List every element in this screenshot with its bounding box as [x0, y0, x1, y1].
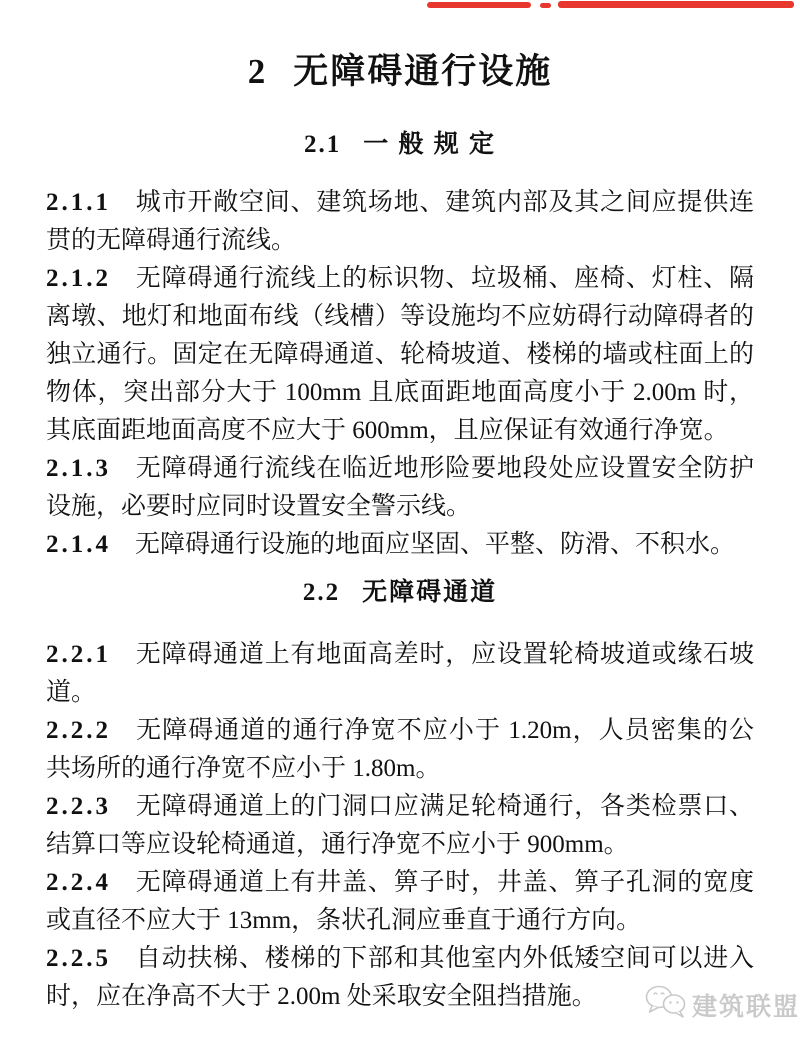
document-sections: 2.1一 般 规 定2.1.1城市开敞空间、建筑场地、建筑内部及其之间应提供连贯… [0, 128, 800, 1016]
clause-text: 无障碍通行设施的地面应坚固、平整、防滑、不积水。 [135, 531, 735, 558]
red-scribble-segment [540, 3, 551, 8]
clause-2.2.1: 2.2.1无障碍通道上有地面高差时，应设置轮椅坡道或缘石坡道。 [46, 636, 754, 712]
section-number: 2.1 [304, 131, 341, 158]
clause-2.1.4: 2.1.4无障碍通行设施的地面应坚固、平整、防滑、不积水。 [46, 526, 754, 564]
clause-2.1.2: 2.1.2无障碍通行流线上的标识物、垃圾桶、座椅、灯柱、隔离墩、地灯和地面布线（… [46, 260, 754, 450]
clause-number: 2.1.4 [46, 531, 111, 558]
clause-2.1.3: 2.1.3无障碍通行流线在临近地形险要地段处应设置安全防护设施，必要时应同时设置… [46, 450, 754, 526]
section-heading: 2.1一 般 规 定 [46, 128, 754, 162]
red-scribble-segment [427, 2, 531, 8]
clause-text: 无障碍通行流线上的标识物、垃圾桶、座椅、灯柱、隔离墩、地灯和地面布线（线槽）等设… [46, 265, 754, 444]
chapter-title-text: 无障碍通行设施 [293, 52, 552, 91]
chapter-number: 2 [248, 52, 266, 91]
section-heading: 2.2无障碍通道 [46, 576, 754, 610]
wechat-bubbles-icon [645, 985, 687, 1024]
clause-2.2.2: 2.2.2无障碍通道的通行净宽不应小于 1.20m，人员密集的公共场所的通行净宽… [46, 712, 754, 788]
clause-text: 无障碍通行流线在临近地形险要地段处应设置安全防护设施，必要时应同时设置安全警示线… [46, 455, 754, 520]
red-scribble-segment [558, 1, 794, 8]
clause-2.2.4: 2.2.4无障碍通道上有井盖、箅子时，井盖、箅子孔洞的宽度或直径不应大于 13m… [46, 864, 754, 940]
clause-number: 2.2.2 [46, 717, 111, 744]
section-2.2: 2.2无障碍通道2.2.1无障碍通道上有地面高差时，应设置轮椅坡道或缘石坡道。2… [0, 576, 800, 1016]
clause-number: 2.2.5 [46, 945, 111, 972]
clause-number: 2.1.3 [46, 455, 111, 482]
clause-text: 无障碍通道上有井盖、箅子时，井盖、箅子孔洞的宽度或直径不应大于 13mm，条状孔… [46, 869, 754, 934]
clause-number: 2.2.1 [46, 641, 111, 668]
watermark-text: 建筑联盟 [692, 987, 800, 1023]
clause-number: 2.1.1 [46, 189, 111, 216]
section-number: 2.2 [303, 579, 340, 606]
clause-number: 2.2.3 [46, 793, 111, 820]
clause-text: 无障碍通道上有地面高差时，应设置轮椅坡道或缘石坡道。 [46, 641, 754, 706]
clause-number: 2.1.2 [46, 265, 111, 292]
clause-text: 城市开敞空间、建筑场地、建筑内部及其之间应提供连贯的无障碍通行流线。 [46, 189, 754, 254]
clause-number: 2.2.4 [46, 869, 111, 896]
clause-text: 无障碍通道的通行净宽不应小于 1.20m，人员密集的公共场所的通行净宽不应小于 … [46, 717, 754, 782]
chapter-title: 2无障碍通行设施 [46, 50, 754, 94]
section-title: 无障碍通道 [362, 579, 497, 606]
watermark: 建筑联盟 [645, 985, 800, 1024]
clause-text: 无障碍通道上的门洞口应满足轮椅通行，各类检票口、结算口等应设轮椅通道，通行净宽不… [46, 793, 754, 858]
section-2.1: 2.1一 般 规 定2.1.1城市开敞空间、建筑场地、建筑内部及其之间应提供连贯… [0, 128, 800, 564]
clause-2.2.3: 2.2.3无障碍通道上的门洞口应满足轮椅通行，各类检票口、结算口等应设轮椅通道，… [46, 788, 754, 864]
section-title: 一 般 规 定 [363, 131, 496, 158]
clause-2.1.1: 2.1.1城市开敞空间、建筑场地、建筑内部及其之间应提供连贯的无障碍通行流线。 [46, 184, 754, 260]
